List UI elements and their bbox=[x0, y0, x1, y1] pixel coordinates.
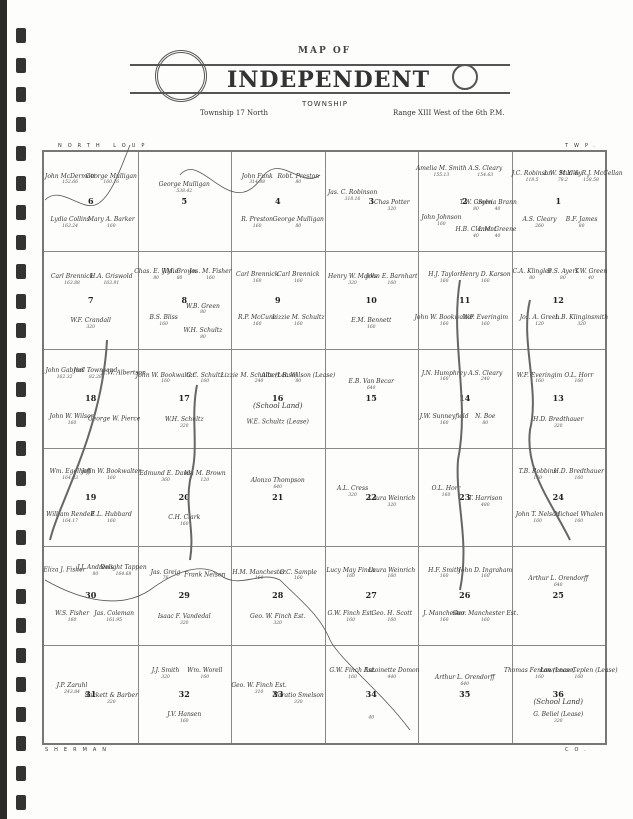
parcel-owner: Wm. Worell160 bbox=[187, 668, 222, 680]
parcel-owner: N. Boe80 bbox=[475, 414, 495, 426]
section-number: 20 bbox=[179, 492, 190, 502]
parcel-acres: 76 bbox=[151, 576, 181, 581]
owner-name: L.M. Greene bbox=[478, 226, 516, 233]
parcel-owner: J.W. Sunneyfield160 bbox=[420, 414, 469, 426]
owner-name: George Mulligan bbox=[86, 173, 137, 180]
parcel-acres: 320 bbox=[337, 493, 368, 498]
binder-ring bbox=[16, 117, 26, 132]
owner-name: Arthur L. Orendorff bbox=[435, 674, 495, 681]
parcel-owner: J.V. Hansen160 bbox=[167, 712, 201, 724]
parcel-owner: W.F. Everingim160 bbox=[463, 315, 509, 327]
section-line bbox=[44, 448, 605, 449]
owner-name: Geo. H. Scott bbox=[372, 610, 413, 617]
parcel-acres: 320 bbox=[165, 424, 204, 429]
parcel-owner: R. Preston160 bbox=[241, 217, 273, 229]
parcel-acres: 240 bbox=[468, 377, 502, 382]
parcel-acres: 320 bbox=[368, 503, 415, 508]
owner-name: Sylvia Brann bbox=[478, 199, 517, 206]
parcel-acres: 314.88 bbox=[242, 180, 273, 185]
section-number: 28 bbox=[272, 590, 283, 600]
parcel-acres: 320 bbox=[158, 621, 211, 626]
section-number: 11 bbox=[459, 295, 470, 305]
parcel-acres: 40 bbox=[478, 234, 516, 239]
parcel-owner: Lawrence Ceplen (Lease)160 bbox=[540, 668, 617, 680]
parcel-acres: 160 bbox=[428, 279, 460, 284]
parcel-owner: J.N. Humphrey160 bbox=[422, 371, 467, 383]
owner-name: George W. Pierce bbox=[88, 415, 140, 422]
binder-ring bbox=[16, 294, 26, 309]
parcel-owner: 40 bbox=[368, 716, 374, 721]
parcel-acres: 163.91 bbox=[90, 281, 132, 286]
parcel-owner: Mary A. Barker160 bbox=[88, 217, 135, 229]
owner-name: Arthur L. Orendorff bbox=[528, 575, 588, 582]
owner-name: Geo. W. Finch Est. bbox=[250, 613, 305, 620]
section-line bbox=[44, 645, 605, 646]
parcel-owner: C.A. Klingler80 bbox=[513, 269, 552, 281]
parcel-acres: 158.58 bbox=[559, 177, 622, 182]
binder-ring bbox=[16, 766, 26, 781]
binder-ring bbox=[16, 412, 26, 427]
owner-name: H.A. Griswold bbox=[90, 273, 132, 280]
owner-name: Chas Potter bbox=[374, 199, 410, 206]
section-number: 35 bbox=[459, 689, 470, 699]
section-number: 25 bbox=[553, 590, 564, 600]
owner-name: George Mulligan bbox=[159, 181, 210, 188]
parcel-acres: 164.68 bbox=[100, 571, 146, 576]
parcel-owner: Geo. Manchester Est.160 bbox=[453, 611, 519, 623]
parcel-acres: 160 bbox=[187, 675, 222, 680]
parcel-acres: 120 bbox=[520, 322, 560, 327]
parcel-acres: 80 bbox=[475, 421, 495, 426]
owner-name: John Funk bbox=[242, 173, 273, 180]
parcel-owner: Jas. C. Robinson318.16 bbox=[328, 190, 377, 202]
parcel-owner: Lydia Collins163.24 bbox=[50, 217, 89, 229]
binder-ring bbox=[16, 677, 26, 692]
binder-ring bbox=[16, 323, 26, 338]
binder-ring bbox=[16, 176, 26, 191]
parcel-owner: W.H. Schultz320 bbox=[165, 417, 204, 429]
parcel-acres: 320 bbox=[533, 424, 583, 429]
binder-ring bbox=[16, 530, 26, 545]
owner-name: W.H. Schultz bbox=[165, 416, 204, 423]
owner-name: Alonzo Thompson bbox=[251, 477, 305, 484]
parcel-acres: 330 bbox=[273, 700, 324, 705]
owner-name: W.S. Fisher bbox=[55, 610, 89, 617]
parcel-owner: Sackett & Barber320 bbox=[85, 693, 138, 705]
parcel-acres: 320 bbox=[555, 322, 608, 327]
binder-ring bbox=[16, 736, 26, 751]
parcel-owner: C.C. Schultz160 bbox=[186, 373, 223, 385]
map-title: INDEPENDENT bbox=[227, 67, 430, 93]
parcel-owner: G.W. Finch Est.160 bbox=[328, 611, 374, 623]
section-number: 18 bbox=[85, 393, 96, 403]
parcel-owner: Carl Brennick160 bbox=[277, 272, 319, 284]
binder-ring bbox=[16, 382, 26, 397]
parcel-acres: 160 bbox=[463, 322, 509, 327]
map-subtitle: TOWNSHIP bbox=[302, 100, 348, 108]
section-number: 32 bbox=[179, 689, 190, 699]
owner-name: Jas. Coleman bbox=[94, 610, 134, 617]
parcel-acres: 80 bbox=[273, 224, 324, 229]
owner-name: John W. Bookwalter bbox=[82, 468, 141, 475]
parcel-acres: 160 bbox=[554, 476, 604, 481]
owner-name: B.F. James bbox=[566, 216, 598, 223]
parcel-acres: 160 bbox=[186, 379, 223, 384]
north-border-label: NORTH LOUP bbox=[58, 143, 150, 149]
parcel-owner: Alonzo Thompson640 bbox=[251, 478, 305, 490]
owner-name: A.L. Cress bbox=[337, 485, 368, 492]
parcel-owner: Laura Weinrich320 bbox=[368, 496, 415, 508]
parcel-acres: 160 bbox=[372, 618, 413, 623]
owner-name: Carl Brennick bbox=[51, 273, 93, 280]
owner-name: John T. Nelson bbox=[516, 511, 560, 518]
owner-name: Lizzie M. Schultz bbox=[272, 314, 324, 321]
parcel-owner: L.M. Greene40 bbox=[478, 227, 516, 239]
owner-name: Geo. W. Finch Est. bbox=[231, 682, 286, 689]
parcel-owner: Isaac F. Vandedal320 bbox=[158, 614, 211, 626]
owner-name: Carl Brennick bbox=[277, 271, 319, 278]
binder-ring bbox=[16, 441, 26, 456]
parcel-acres: 40 bbox=[478, 207, 517, 212]
binder-ring bbox=[16, 559, 26, 574]
parcel-owner: Amelia M. Smith155.13 bbox=[416, 166, 467, 178]
parcel-acres: 480 bbox=[468, 503, 502, 508]
parcel-acres: 260 bbox=[523, 224, 557, 229]
section-line bbox=[418, 152, 419, 743]
parcel-acres: 318.16 bbox=[328, 197, 377, 202]
owner-name: T.W. Green bbox=[575, 268, 608, 275]
binder-ring bbox=[16, 648, 26, 663]
binder-ring bbox=[16, 28, 26, 43]
parcel-acres: 160 bbox=[88, 224, 135, 229]
owner-name: A.S. Cleary bbox=[468, 370, 502, 377]
parcel-acres: 320 bbox=[533, 719, 583, 724]
parcel-owner: E.M. Bennett160 bbox=[351, 318, 391, 330]
parcel-acres: 80 bbox=[261, 379, 335, 384]
owner-name: John D. Ingraham bbox=[458, 567, 512, 574]
section-number: 10 bbox=[366, 295, 377, 305]
parcel-acres: 160 bbox=[272, 322, 324, 327]
parcel-acres: 160 bbox=[540, 675, 617, 680]
owner-name: Henry D. Karson bbox=[460, 271, 511, 278]
parcel-owner: W.S. Fisher160 bbox=[55, 611, 89, 623]
section-number: 1 bbox=[555, 196, 561, 206]
owner-name: C.A. Klingler bbox=[513, 268, 552, 275]
parcel-owner: W.F. Everingim160 bbox=[517, 373, 563, 385]
parcel-owner: John Funk314.88 bbox=[242, 174, 273, 186]
township-grid: 6John McDermott152.66George Mulligan160.… bbox=[42, 150, 607, 745]
owner-name: Laura Weinrich bbox=[368, 567, 415, 574]
state-seal-icon bbox=[155, 50, 207, 102]
section-number: 29 bbox=[179, 590, 190, 600]
owner-name: Geo. Manchester Est. bbox=[453, 610, 519, 617]
owner-name: H.F. Smith bbox=[428, 567, 460, 574]
map-of-label: MAP OF bbox=[298, 46, 351, 56]
owner-name: W.B. Green bbox=[186, 303, 220, 310]
parcel-acres: 160 bbox=[232, 576, 285, 581]
owner-name: L.B. Klinginsmith bbox=[555, 314, 608, 321]
parcel-acres: 160 bbox=[432, 493, 461, 498]
parcel-acres: 80 bbox=[278, 180, 320, 185]
parcel-owner: Horatio Smelson330 bbox=[273, 693, 324, 705]
parcel-acres: 640 bbox=[435, 682, 495, 687]
parcel-owner: George Mulligan80 bbox=[273, 217, 324, 229]
parcel-owner: H.J. Taylor160 bbox=[428, 272, 460, 284]
owner-name: John Johnson bbox=[421, 214, 461, 221]
parcel-owner: Robt. Preston80 bbox=[278, 174, 320, 186]
parcel-acres: 320 bbox=[85, 700, 138, 705]
parcel-owner: H.D. Bredthauer320 bbox=[533, 417, 583, 429]
section-number: 14 bbox=[459, 393, 470, 403]
parcel-owner: Ida M. Brown120 bbox=[184, 471, 226, 483]
parcel-acres: 160 bbox=[351, 325, 391, 330]
owner-name: Horatio Smelson bbox=[273, 692, 324, 699]
parcel-acres: 160 bbox=[277, 279, 319, 284]
school-land-note: (School Land) bbox=[253, 402, 302, 410]
owner-name: E.L. Hubbard bbox=[91, 511, 132, 518]
parcel-acres: 154.63 bbox=[468, 173, 502, 178]
owner-name: H.M. Manchester bbox=[232, 569, 285, 576]
parcel-acres: 160 bbox=[82, 476, 141, 481]
binder-ring bbox=[16, 205, 26, 220]
binder-ring bbox=[16, 589, 26, 604]
parcel-owner: T. Harrison480 bbox=[468, 496, 502, 508]
parcel-owner: George W. Pierce bbox=[88, 416, 140, 423]
parcel-owner: J.J. Smith320 bbox=[152, 668, 180, 680]
parcel-acres: 160 bbox=[517, 379, 563, 384]
parcel-owner: Carl Brennick163.88 bbox=[51, 274, 93, 286]
parcel-owner: Jos. M. Fisher160 bbox=[189, 269, 231, 281]
binder-ring bbox=[16, 618, 26, 633]
owner-name: Jas. C. Robinson bbox=[328, 189, 377, 196]
owner-name: E.M. Bennett bbox=[351, 317, 391, 324]
binder-ring bbox=[16, 146, 26, 161]
parcel-owner: Jas. Coleman161.95 bbox=[94, 611, 134, 623]
binder-ring bbox=[16, 500, 26, 515]
township-label: Township 17 North bbox=[200, 109, 268, 117]
section-number: 4 bbox=[275, 196, 281, 206]
section-number: 21 bbox=[272, 492, 283, 502]
parcel-acres: 243.84 bbox=[57, 690, 88, 695]
section-number: 26 bbox=[459, 590, 470, 600]
binder-ring bbox=[16, 471, 26, 486]
parcel-acres: 160 bbox=[236, 279, 278, 284]
rosette-icon bbox=[452, 64, 478, 90]
parcel-owner: O.L. Horr160 bbox=[432, 486, 461, 498]
owner-name: N. Boe bbox=[475, 413, 495, 420]
owner-name: Carl Brennick bbox=[236, 271, 278, 278]
binder-ring bbox=[16, 795, 26, 810]
parcel-owner: Carl Brennick160 bbox=[236, 272, 278, 284]
binder-ring bbox=[16, 353, 26, 368]
owner-name: J.P. Zaruhl bbox=[57, 682, 88, 689]
parcel-acres: 160 bbox=[366, 281, 417, 286]
owner-name: John E. Barnhart bbox=[366, 273, 417, 280]
owner-name: W.E. Schultz (Lease) bbox=[247, 418, 309, 425]
section-number: 5 bbox=[181, 196, 187, 206]
binder-ring bbox=[16, 235, 26, 250]
owner-name: C.C. Schultz bbox=[186, 372, 223, 379]
owner-name: Albert B. Wilson (Lease) bbox=[261, 372, 335, 379]
section-number: 15 bbox=[366, 393, 377, 403]
parcel-acres: 161.95 bbox=[94, 618, 134, 623]
owner-name: Wm. Worell bbox=[187, 667, 222, 674]
owner-name: H.J. Taylor bbox=[428, 271, 460, 278]
parcel-owner: W.E. Schultz (Lease) bbox=[247, 419, 309, 426]
binder-edge bbox=[0, 0, 7, 819]
parcel-acres: 640 bbox=[349, 386, 394, 391]
parcel-acres: 320 bbox=[374, 207, 410, 212]
school-land-note: (School Land) bbox=[534, 698, 583, 706]
section-number: 6 bbox=[88, 196, 94, 206]
parcel-owner: Jas. Greig76 bbox=[151, 570, 181, 582]
section-number: 30 bbox=[85, 590, 96, 600]
parcel-acres: 160 bbox=[167, 719, 201, 724]
owner-name: A.S. Cleary bbox=[468, 165, 502, 172]
parcel-owner: Arthur L. Orendorff640 bbox=[528, 576, 588, 588]
owner-name: J.N. Humphrey bbox=[422, 370, 467, 377]
parcel-owner: A.S. Cleary154.63 bbox=[468, 166, 502, 178]
parcel-acres: 160 bbox=[453, 618, 519, 623]
owner-name: J.J. Smith bbox=[152, 667, 180, 674]
section-line bbox=[512, 152, 513, 743]
section-number: 17 bbox=[179, 393, 190, 403]
parcel-owner: W.H. Schultz80 bbox=[184, 328, 223, 340]
owner-name: Laura Weinrich bbox=[368, 495, 415, 502]
owner-name: T.B. Robbins bbox=[519, 468, 557, 475]
parcel-owner: T.W. Green40 bbox=[575, 269, 608, 281]
parcel-owner: Arthur L. Orendorff640 bbox=[435, 675, 495, 687]
parcel-owner: H.F. Smith160 bbox=[428, 568, 460, 580]
owner-name: Delight Tappen bbox=[100, 564, 146, 571]
parcel-owner: Geo. W. Finch Est.320 bbox=[250, 614, 305, 626]
owner-name: Jos. M. Fisher bbox=[189, 268, 231, 275]
parcel-acres: 164.17 bbox=[46, 519, 94, 524]
section-number: 34 bbox=[366, 689, 377, 699]
owner-name: Isaac F. Vandedal bbox=[158, 613, 211, 620]
south-right-border-label: CO. bbox=[565, 747, 592, 753]
section-number: 7 bbox=[88, 295, 94, 305]
owner-name: Sackett & Barber bbox=[85, 692, 138, 699]
section-number: 19 bbox=[85, 492, 96, 502]
parcel-owner: William Rendell164.17 bbox=[46, 512, 94, 524]
parcel-owner: L.B. Klinginsmith320 bbox=[555, 315, 608, 327]
owner-name: O.L. Horr bbox=[564, 372, 593, 379]
owner-name: Robt. Preston bbox=[278, 173, 320, 180]
parcel-acres: 640 bbox=[251, 485, 305, 490]
parcel-owner: Sylvia Brann40 bbox=[478, 200, 517, 212]
parcel-acres: 160 bbox=[428, 574, 460, 579]
parcel-acres: 80 bbox=[566, 224, 598, 229]
parcel-acres: 160 bbox=[519, 476, 557, 481]
parcel-owner: O.L. Horr160 bbox=[564, 373, 593, 385]
parcel-acres: 163.88 bbox=[51, 281, 93, 286]
section-number: 27 bbox=[366, 590, 377, 600]
parcel-acres: 160 bbox=[241, 224, 273, 229]
owner-name: H.D. Bredthauer bbox=[533, 416, 583, 423]
parcel-owner: H.M. Manchester160 bbox=[232, 570, 285, 582]
parcel-acres: 160 bbox=[91, 519, 132, 524]
parcel-acres: 640 bbox=[528, 583, 588, 588]
owner-name: A.S. Cleary bbox=[523, 216, 557, 223]
parcel-owner: H.A. Griswold163.91 bbox=[90, 274, 132, 286]
owner-name: Antoinette Domon bbox=[364, 667, 419, 674]
parcel-acres: 163.24 bbox=[50, 224, 89, 229]
owner-name: Amelia M. Smith bbox=[416, 165, 467, 172]
parcel-owner: Chas Potter320 bbox=[374, 200, 410, 212]
owner-name: M.Y. & R.J. McCellan bbox=[559, 170, 622, 177]
parcel-acres: 160 bbox=[420, 421, 469, 426]
parcel-owner: W.B. Green80 bbox=[186, 304, 220, 316]
owner-name: G.W. Finch Est. bbox=[328, 610, 374, 617]
section-number: 24 bbox=[553, 492, 564, 502]
parcel-owner: John D. Ingraham160 bbox=[458, 568, 512, 580]
parcel-acres: 160 bbox=[189, 276, 231, 281]
parcel-acres: 320 bbox=[152, 675, 180, 680]
owner-name: J.V. Hansen bbox=[167, 711, 201, 718]
parcel-owner: H.D. Bredthauer160 bbox=[554, 469, 604, 481]
parcel-acres: 320 bbox=[250, 621, 305, 626]
parcel-owner: C.H. Clark160 bbox=[168, 515, 200, 527]
parcel-owner: Geo. H. Scott160 bbox=[372, 611, 413, 623]
parcel-owner: Antoinette Domon440 bbox=[364, 668, 419, 680]
owner-name: O.L. Horr bbox=[432, 485, 461, 492]
parcel-acres: 160 bbox=[280, 576, 317, 581]
parcel-acres: 160 bbox=[554, 519, 603, 524]
owner-name: Mary A. Barker bbox=[88, 216, 135, 223]
owner-name: W.F. Everingim bbox=[517, 372, 563, 379]
owner-name: C.H. Clark bbox=[168, 514, 200, 521]
parcel-owner: John W. Bookwalter160 bbox=[82, 469, 141, 481]
parcel-owner: G. Beliel (Lease)320 bbox=[533, 712, 583, 724]
owner-name: Lydia Collins bbox=[50, 216, 89, 223]
parcel-acres: 160 bbox=[149, 322, 177, 327]
parcel-owner: M.Y. & R.J. McCellan158.58 bbox=[559, 171, 622, 183]
parcel-acres: 80 bbox=[186, 310, 220, 315]
owner-name: G. Beliel (Lease) bbox=[533, 711, 583, 718]
parcel-owner: Delight Tappen164.68 bbox=[100, 565, 146, 577]
parcel-owner: Henry D. Karson160 bbox=[460, 272, 511, 284]
south-border-label: SHERMAN bbox=[45, 747, 112, 753]
parcel-owner: E.L. Hubbard160 bbox=[91, 512, 132, 524]
parcel-acres: 440 bbox=[364, 675, 419, 680]
owner-name: W.F. Crandall bbox=[71, 317, 111, 324]
owner-name: O.C. Sample bbox=[280, 569, 317, 576]
parcel-owner: W.F. Crandall320 bbox=[71, 318, 111, 330]
owner-name: Michael Whalen bbox=[554, 511, 603, 518]
parcel-owner: John E. Barnhart160 bbox=[366, 274, 417, 286]
owner-name: W.H. Schultz bbox=[184, 327, 223, 334]
binder-ring bbox=[16, 264, 26, 279]
parcel-owner: Laura Weinrich160 bbox=[368, 568, 415, 580]
owner-name: Jas. Greig bbox=[151, 569, 181, 576]
owner-name: Lawrence Ceplen (Lease) bbox=[540, 667, 617, 674]
owner-name: J.W. Sunneyfield bbox=[420, 413, 469, 420]
owner-name: T. Harrison bbox=[468, 495, 502, 502]
owner-name: Frank Nelson bbox=[184, 571, 225, 578]
section-number: 12 bbox=[553, 295, 564, 305]
owner-name: George Mulligan bbox=[273, 216, 324, 223]
parcel-owner: George Mulligan538.42 bbox=[159, 182, 210, 194]
owner-name: Ida M. Brown bbox=[184, 470, 226, 477]
parcel-owner: Lizzie M. Schultz160 bbox=[272, 315, 324, 327]
owner-name: William Rendell bbox=[46, 511, 94, 518]
owner-name: W.F. Everingim bbox=[463, 314, 509, 321]
parcel-owner: A.L. Cress320 bbox=[337, 486, 368, 498]
parcel-acres: 80 bbox=[513, 276, 552, 281]
owner-name: Jos. A. Green bbox=[520, 314, 560, 321]
parcel-owner: Michael Whalen160 bbox=[554, 512, 603, 524]
